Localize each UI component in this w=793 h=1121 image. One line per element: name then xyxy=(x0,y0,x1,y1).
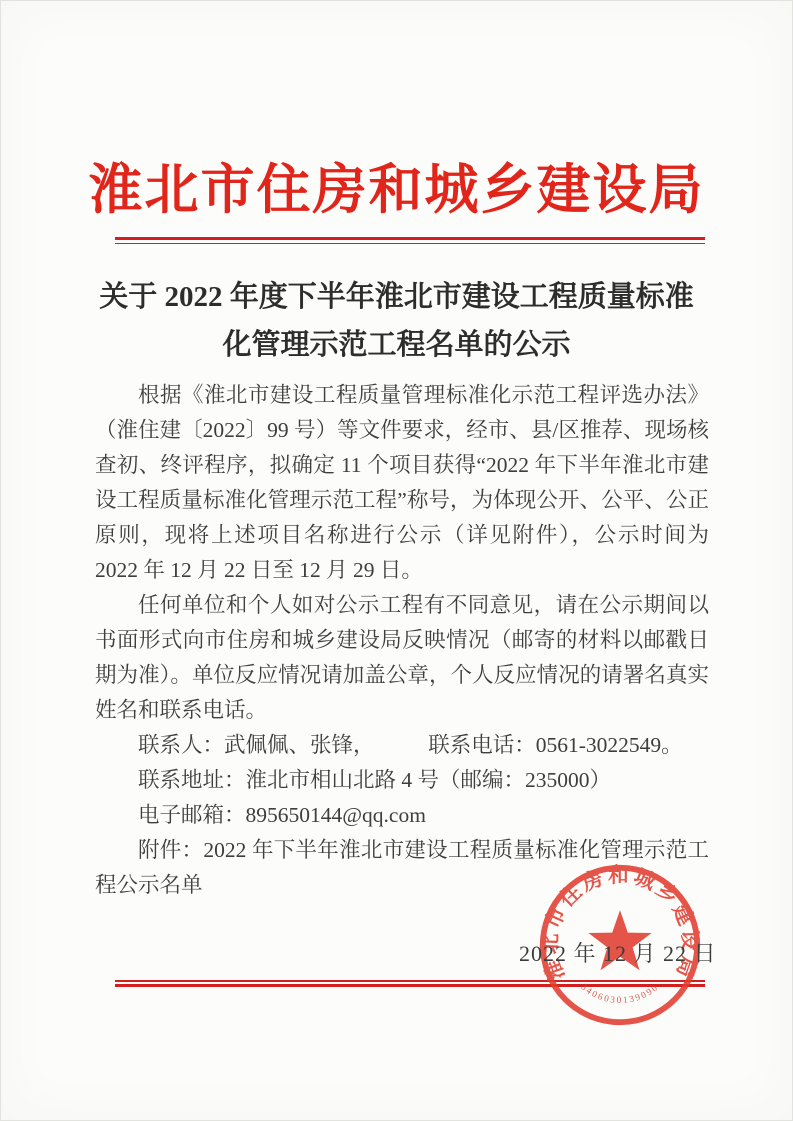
contact-address-line: 联系地址：淮北市相山北路 4 号（邮编：235000） xyxy=(95,763,709,798)
document-title-line-2: 化管理示范工程名单的公示 xyxy=(51,321,742,369)
agency-letterhead: 淮北市住房和城乡建设局 xyxy=(1,147,792,224)
contact-email-line: 电子邮箱：895650144@qq.com xyxy=(95,798,709,833)
paragraph-objection-notice: 任何单位和个人如对公示工程有不同意见，请在公示期间以书面形式向市住房和城乡建设局… xyxy=(95,588,709,728)
document-body: 根据《淮北市建设工程质量管理标准化示范工程评选办法》（淮住建〔2022〕99 号… xyxy=(95,378,709,903)
contact-person-line: 联系人：武佩佩、张锋， 联系电话：0561-3022549。 xyxy=(95,728,709,763)
header-divider-thin-line xyxy=(115,243,705,245)
paragraph-basis: 根据《淮北市建设工程质量管理标准化示范工程评选办法》（淮住建〔2022〕99 号… xyxy=(95,378,709,588)
header-divider xyxy=(115,237,705,244)
issue-date: 2022 年 12 月 22 日 xyxy=(519,937,717,968)
seal-number-text: 3406030139090 xyxy=(579,982,660,1005)
document-title: 关于 2022 年度下半年淮北市建设工程质量标准 化管理示范工程名单的公示 xyxy=(51,273,742,369)
document-page: 淮北市住房和城乡建设局 关于 2022 年度下半年淮北市建设工程质量标准 化管理… xyxy=(0,0,793,1121)
svg-text:3406030139090: 3406030139090 xyxy=(579,982,660,1005)
document-title-line-1: 关于 2022 年度下半年淮北市建设工程质量标准 xyxy=(51,273,742,321)
